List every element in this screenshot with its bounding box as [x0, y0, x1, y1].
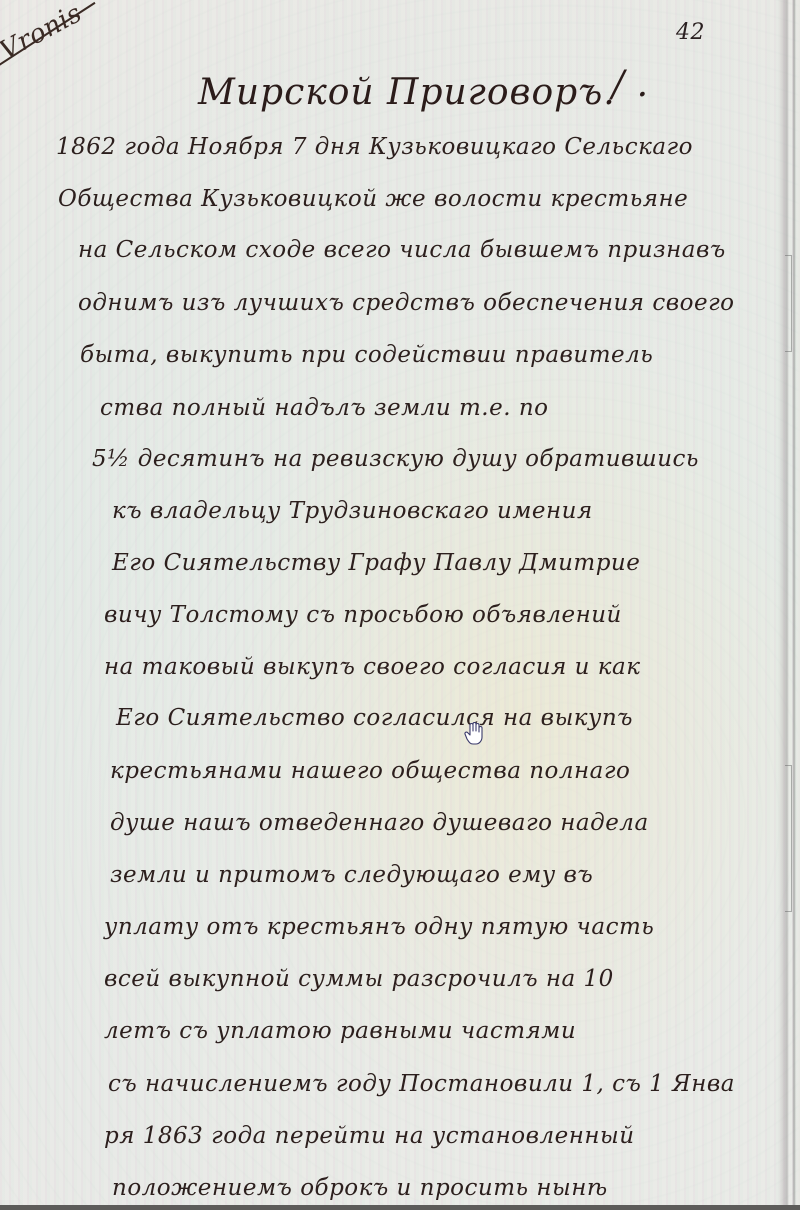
- text-line: 1862 года Ноября 7 дня Кузьковицкаго Сел…: [56, 134, 693, 160]
- page-number: 42: [676, 20, 705, 45]
- text-line: ства полный надълъ земли т.е. по: [100, 395, 548, 421]
- text-line: земли и притомъ следующаго ему въ: [110, 862, 593, 888]
- text-line: 5½ десятинъ на ревизскую душу обратившис…: [92, 446, 699, 472]
- title-mark: / .: [612, 64, 649, 105]
- text-line: положениемъ оброкъ и просить нынѣ: [112, 1175, 608, 1201]
- document-title: Мирской Приговоръ.: [198, 72, 616, 113]
- text-line: уплату отъ крестьянъ одну пятую часть: [104, 914, 654, 940]
- text-line: на Сельском сходе всего числа бывшемъ пр…: [78, 237, 726, 263]
- text-line: Общества Кузьковицкой же волости крестья…: [58, 186, 688, 212]
- page-binding-edge: [778, 0, 800, 1210]
- text-line: вичу Толстому съ просьбою объявлений: [104, 602, 622, 628]
- text-line: душе нашъ отведеннаго душеваго надела: [110, 810, 649, 836]
- text-line: ря 1863 года перейти на установленный: [104, 1123, 635, 1149]
- text-line: всей выкупной суммы разсрочилъ на 10: [104, 966, 614, 992]
- text-line: крестьянами нашего общества полнаго: [110, 758, 630, 784]
- margin-bracket: [785, 255, 792, 352]
- text-line: летъ съ уплатою равными частями: [104, 1018, 576, 1044]
- text-line: однимъ изъ лучшихъ средствъ обеспечения …: [78, 290, 735, 316]
- hand-pointer-icon: [464, 722, 484, 746]
- text-line: къ владельцу Трудзиновскаго имения: [112, 498, 593, 524]
- text-line: на таковый выкупъ своего согласия и как: [104, 654, 640, 680]
- text-line: Его Сиятельству Графу Павлу Дмитрие: [112, 550, 640, 576]
- scanned-document-page: Vronis 42 Мирской Приговоръ. / . 1862 го…: [0, 0, 800, 1210]
- text-line: Его Сиятельство согласился на выкупъ: [116, 705, 633, 731]
- text-line: съ начислениемъ году Постановили 1, съ 1…: [108, 1071, 735, 1097]
- margin-bracket: [785, 765, 792, 912]
- scan-bottom-edge: [0, 1205, 800, 1210]
- text-line: быта, выкупить при содействии правитель: [80, 342, 653, 368]
